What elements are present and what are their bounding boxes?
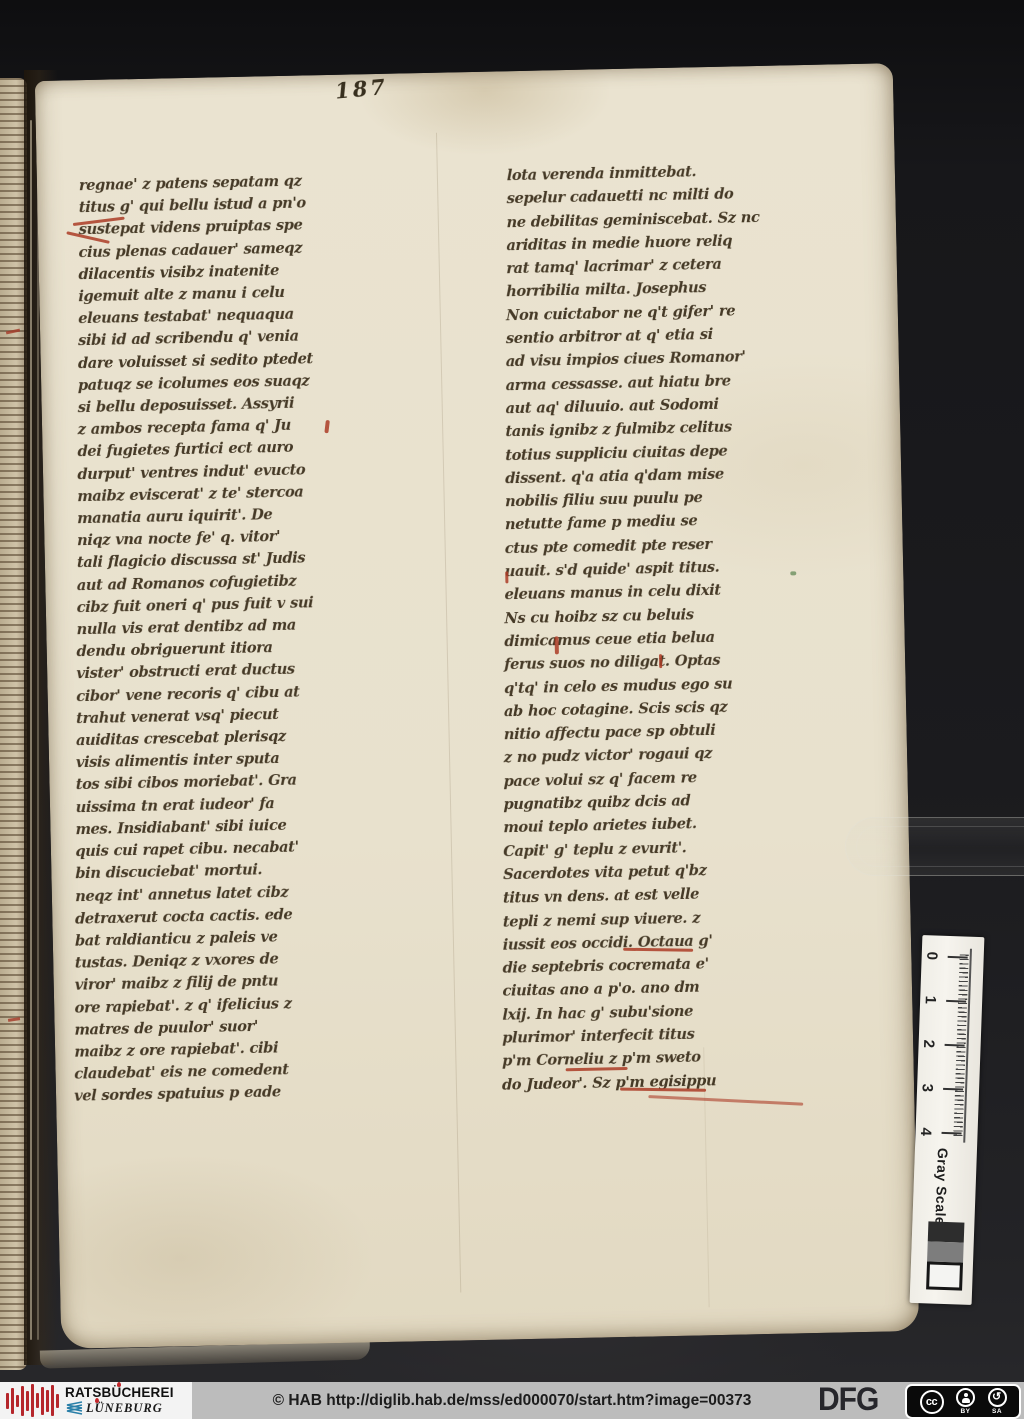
text-column-right: lota verenda inmittebat. sepelur cadauet…: [502, 157, 837, 1096]
digitized-manuscript-scan: 187 regnae' z patens sepatam qz titus g'…: [0, 0, 1024, 1419]
ruler-tick-label: 0: [923, 948, 941, 965]
dfg-logo: DFG: [818, 1381, 878, 1418]
gray-patch-mid: [927, 1241, 964, 1262]
gray-scale-ruler: 0 1 2 3 4 Gray Scale: [910, 935, 985, 1305]
cc-sa-arrow-icon: ↻: [988, 1388, 1007, 1407]
rubrication-mark: [555, 636, 559, 654]
facing-page-edge: [0, 78, 27, 1370]
library-name: RATSBÜCHEREI: [65, 1386, 174, 1400]
gray-patch-white: [926, 1261, 963, 1290]
rubrication-flourish: [648, 1095, 803, 1105]
gray-patch-dark: [928, 1221, 965, 1242]
page-holder-clip: [845, 817, 1024, 876]
footer-bar: RATSBÜCHEREI LÜNEBURG © HAB http://digli…: [0, 1382, 1024, 1419]
ruler-tick-label: 3: [918, 1079, 936, 1096]
ruler-tick-label: 1: [921, 992, 939, 1009]
book-chevrons-icon: [65, 1401, 83, 1415]
ink-speck: [790, 571, 796, 575]
folio-number: 187: [334, 74, 389, 104]
copyright-url: © HAB http://diglib.hab.de/mss/ed000070/…: [273, 1392, 752, 1410]
cc-by-label: BY: [960, 1408, 970, 1415]
ruler-tick-label: 4: [917, 1123, 935, 1140]
rubrication-mark: [6, 329, 20, 335]
cc-sa-label: SA: [992, 1408, 1002, 1415]
library-bars-icon: [6, 1384, 59, 1418]
page-crease: [436, 133, 461, 1293]
cc-by-person-icon: [956, 1388, 975, 1407]
rubrication-mark: [505, 571, 508, 583]
rubrication-mark: [659, 654, 662, 668]
page-edge-line: [30, 120, 32, 1340]
text-column-left: regnae' z patens sepatam qz titus g' qui…: [74, 168, 401, 1108]
library-city: LÜNEBURG: [86, 1402, 163, 1415]
manuscript-page: 187 regnae' z patens sepatam qz titus g'…: [35, 63, 919, 1349]
cc-license-badge: cc BY ↻ SA: [905, 1384, 1021, 1419]
cc-icon: cc: [920, 1390, 944, 1414]
gray-scale-label: Gray Scale: [932, 1148, 951, 1226]
rubrication-mark: [8, 1017, 20, 1021]
ruler-tick-label: 2: [920, 1036, 938, 1053]
page-edge-line: [37, 150, 39, 1340]
page-holder-clip-inner: [856, 826, 1024, 867]
library-logo: RATSBÜCHEREI LÜNEBURG: [0, 1382, 192, 1419]
